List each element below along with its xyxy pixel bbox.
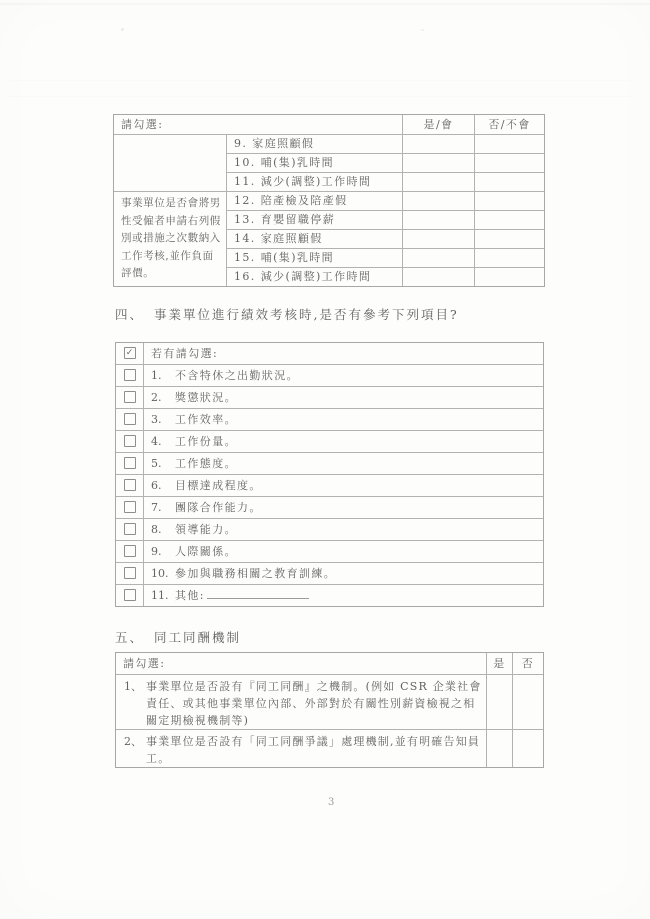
checklist-item: 5.工作態度。 (144, 453, 544, 475)
item-number: 10. (234, 156, 256, 169)
checkbox-cell (116, 365, 144, 387)
leave-items-table: 請勾選: 是/會 否/不會 9.家庭照顧假 10.哺(集)乳時間 11.減少(調… (113, 114, 545, 287)
item-text: 減少(調整)工作時間 (261, 270, 372, 283)
scanned-form-page: 請勾選: 是/會 否/不會 9.家庭照顧假 10.哺(集)乳時間 11.減少(調… (0, 0, 650, 919)
yes-answer-cell (403, 211, 475, 230)
item-text: 工作態度。 (175, 457, 237, 470)
checkbox-icon (124, 457, 136, 469)
item-text: 目標達成程度。 (175, 479, 262, 492)
item-number: 12. (234, 194, 256, 207)
item-number: 16. (234, 270, 256, 283)
item-text: 陪產檢及陪產假 (261, 194, 348, 207)
table-row: 3.工作效率。 (116, 409, 544, 431)
table-row: 9.人際關係。 (116, 541, 544, 563)
section-number: 五、 (115, 630, 144, 645)
checklist-item: 3.工作效率。 (144, 409, 544, 431)
table3-col-yes: 是 (487, 653, 513, 675)
item-text: 不含特休之出勤狀況。 (175, 369, 299, 382)
table-row: 10.參加與職務相關之教育訓練。 (116, 563, 544, 585)
side-note: 事業單位是否會將男性受僱者申請右列假別或措施之次數納入工作考核,並作負面評價。 (114, 192, 227, 287)
question-cell: 1、 事業單位是否設有『同工同酬』之機制。(例如 CSR 企業社會責任、或其他事… (116, 675, 487, 730)
item-text: 其他: (175, 589, 205, 602)
item-number: 8. (151, 519, 175, 540)
question-text: 事業單位是否設有『同工同酬』之機制。(例如 CSR 企業社會責任、或其他事業單位… (146, 678, 482, 729)
yes-answer-cell (403, 173, 475, 192)
item-number: 4. (151, 431, 175, 452)
item-text: 獎懲狀況。 (175, 391, 237, 404)
yes-answer-cell (403, 230, 475, 249)
item-number: 7. (151, 497, 175, 518)
table-row: 7.團隊合作能力。 (116, 497, 544, 519)
checkbox-cell (116, 409, 144, 431)
yes-answer-cell (487, 730, 513, 768)
scan-streak (0, 3, 650, 5)
item-text: 領導能力。 (175, 523, 237, 536)
checklist-item: 1.不含特休之出勤狀況。 (144, 365, 544, 387)
section4-title: 四、事業單位進行績效考核時,是否有參考下列項目? (115, 305, 459, 323)
scan-speck (121, 28, 124, 31)
checkbox-cell (116, 585, 144, 607)
blank-line (207, 597, 309, 599)
checkbox-cell (116, 541, 144, 563)
equal-pay-table: 請勾選: 是 否 1、 事業單位是否設有『同工同酬』之機制。(例如 CSR 企業… (115, 652, 544, 768)
table-row: 1、 事業單位是否設有『同工同酬』之機制。(例如 CSR 企業社會責任、或其他事… (116, 675, 544, 730)
no-answer-cell (475, 154, 545, 173)
item-text: 工作份量。 (175, 435, 237, 448)
no-answer-cell (513, 730, 544, 768)
table-row: 8.領導能力。 (116, 519, 544, 541)
item-text: 哺(集)乳時間 (261, 251, 334, 264)
checkbox-icon (124, 435, 136, 447)
yes-answer-cell (487, 675, 513, 730)
item-number: 14. (234, 232, 256, 245)
checkbox-cell (116, 497, 144, 519)
item-number: 5. (151, 453, 175, 474)
checklist-header: 若有請勾選: (144, 343, 544, 365)
leave-item: 16.減少(調整)工作時間 (227, 268, 403, 287)
table-row: 11.其他: (116, 585, 544, 607)
item-number: 3. (151, 409, 175, 430)
table-row: 2、 事業單位是否設有「同工同酬爭議」處理機制,並有明確告知員工。 (116, 730, 544, 768)
table-row: ✓ 若有請勾選: (116, 343, 544, 365)
section-title-text: 同工同酬機制 (154, 630, 241, 645)
item-number: 13. (234, 213, 256, 226)
yes-answer-cell (403, 135, 475, 154)
table-row: 1.不含特休之出勤狀況。 (116, 365, 544, 387)
item-number: 9. (151, 541, 175, 562)
table-row: 4.工作份量。 (116, 431, 544, 453)
question-number: 2、 (124, 733, 146, 767)
item-number: 15. (234, 251, 256, 264)
no-answer-cell (475, 135, 545, 154)
table-row: 5.工作態度。 (116, 453, 544, 475)
item-number: 2. (151, 387, 175, 408)
checkbox-icon (124, 523, 136, 535)
section-title-text: 事業單位進行績效考核時,是否有參考下列項目? (154, 307, 459, 322)
table-row: 請勾選: 是/會 否/不會 (114, 115, 545, 135)
item-number: 1. (151, 365, 175, 386)
leave-item: 15.哺(集)乳時間 (227, 249, 403, 268)
checkbox-cell (116, 387, 144, 409)
table3-col-no: 否 (513, 653, 544, 675)
item-text: 人際關係。 (175, 545, 237, 558)
section-number: 四、 (115, 307, 144, 322)
question-number: 1、 (124, 678, 146, 729)
table3-header-label: 請勾選: (116, 653, 487, 675)
checkbox-cell (116, 475, 144, 497)
table-row: 請勾選: 是 否 (116, 653, 544, 675)
checkbox-cell: ✓ (116, 343, 144, 365)
checklist-item: 2.獎懲狀況。 (144, 387, 544, 409)
scan-streak (5, 96, 635, 97)
checklist-item: 9.人際關係。 (144, 541, 544, 563)
scan-streak (10, 80, 630, 81)
checklist-item: 4.工作份量。 (144, 431, 544, 453)
item-text: 工作效率。 (175, 413, 237, 426)
checkbox-icon (124, 501, 136, 513)
checkbox-icon (124, 369, 136, 381)
no-answer-cell (475, 173, 545, 192)
checklist-item: 6.目標達成程度。 (144, 475, 544, 497)
leave-item: 14.家庭照顧假 (227, 230, 403, 249)
table1-header-label: 請勾選: (114, 115, 403, 135)
item-number: 9. (234, 137, 247, 150)
leave-item: 13.育嬰留職停薪 (227, 211, 403, 230)
item-number: 11. (234, 175, 256, 188)
table-row: 2.獎懲狀況。 (116, 387, 544, 409)
no-answer-cell (513, 675, 544, 730)
table-row: 事業單位是否會將男性受僱者申請右列假別或措施之次數納入工作考核,並作負面評價。 … (114, 192, 545, 211)
no-answer-cell (475, 192, 545, 211)
leave-item: 10.哺(集)乳時間 (227, 154, 403, 173)
yes-answer-cell (403, 249, 475, 268)
item-text: 團隊合作能力。 (175, 501, 262, 514)
checkbox-icon (124, 479, 136, 491)
item-text: 育嬰留職停薪 (261, 213, 335, 226)
item-number: 10. (151, 563, 175, 584)
question-cell: 2、 事業單位是否設有「同工同酬爭議」處理機制,並有明確告知員工。 (116, 730, 487, 768)
item-text: 家庭照顧假 (261, 232, 323, 245)
checkbox-icon (124, 391, 136, 403)
checklist-item: 7.團隊合作能力。 (144, 497, 544, 519)
checkbox-cell (116, 519, 144, 541)
no-answer-cell (475, 249, 545, 268)
item-text: 參加與職務相關之教育訓練。 (175, 567, 336, 580)
leave-item: 9.家庭照顧假 (227, 135, 403, 154)
item-text: 減少(調整)工作時間 (261, 175, 372, 188)
yes-answer-cell (403, 268, 475, 287)
item-number: 11. (151, 585, 175, 606)
no-answer-cell (475, 268, 545, 287)
checkbox-icon (124, 567, 136, 579)
question-text: 事業單位是否設有「同工同酬爭議」處理機制,並有明確告知員工。 (146, 733, 482, 767)
leave-item: 12.陪產檢及陪產假 (227, 192, 403, 211)
checklist-item: 8.領導能力。 (144, 519, 544, 541)
yes-answer-cell (403, 154, 475, 173)
checkbox-icon (124, 413, 136, 425)
checklist-item: 10.參加與職務相關之教育訓練。 (144, 563, 544, 585)
yes-answer-cell (403, 192, 475, 211)
no-answer-cell (475, 211, 545, 230)
item-number: 6. (151, 475, 175, 496)
scan-speck (421, 29, 424, 31)
checked-checkbox-icon: ✓ (124, 347, 136, 359)
table-row: 9.家庭照顧假 (114, 135, 545, 154)
checklist-item: 11.其他: (144, 585, 544, 607)
no-answer-cell (475, 230, 545, 249)
checkbox-cell (116, 453, 144, 475)
item-text: 家庭照顧假 (252, 137, 314, 150)
checkbox-cell (116, 563, 144, 585)
table-row: 6.目標達成程度。 (116, 475, 544, 497)
table1-col-yes: 是/會 (403, 115, 475, 135)
page-number: 3 (328, 797, 334, 808)
leave-item: 11.減少(調整)工作時間 (227, 173, 403, 192)
section5-title: 五、同工同酬機制 (115, 628, 241, 646)
performance-checklist-table: ✓ 若有請勾選: 1.不含特休之出勤狀況。 2.獎懲狀況。 3.工作效率。 4.… (115, 342, 544, 607)
empty-side-cell (114, 135, 227, 192)
table1-col-no: 否/不會 (475, 115, 545, 135)
checkbox-icon (124, 589, 136, 601)
item-text: 哺(集)乳時間 (261, 156, 334, 169)
checkbox-icon (124, 545, 136, 557)
checkbox-cell (116, 431, 144, 453)
